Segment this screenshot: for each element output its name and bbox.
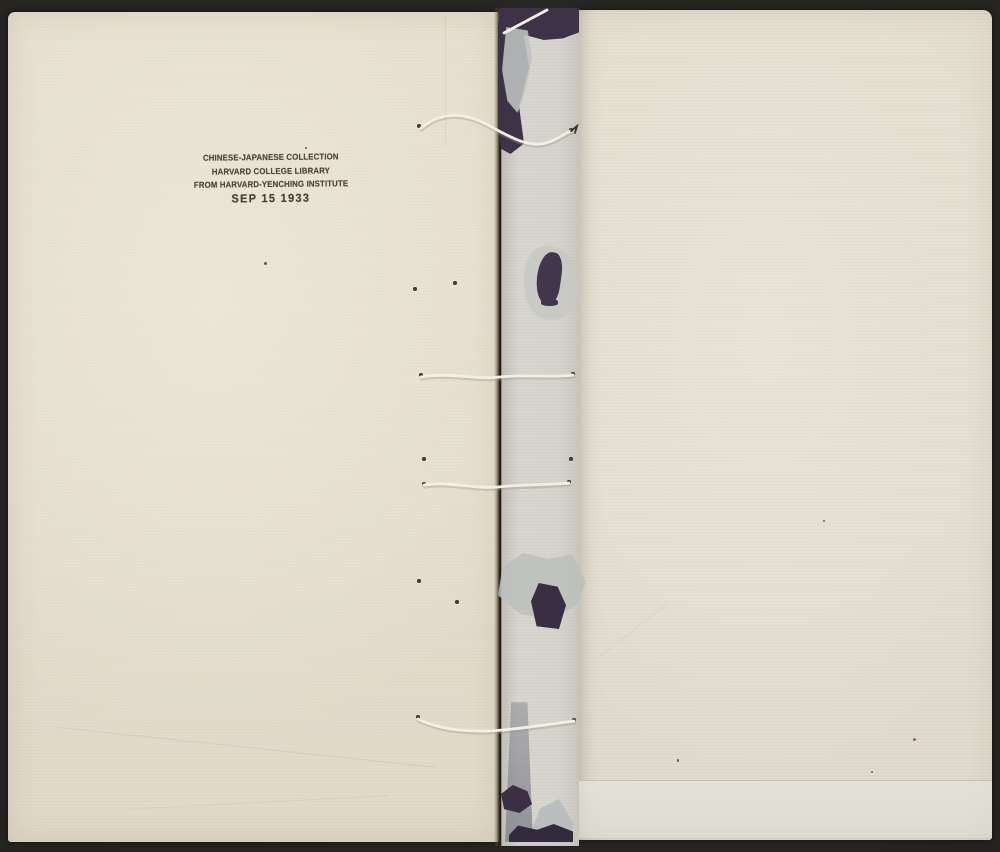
underlying-page-edge <box>578 780 992 838</box>
page-crease <box>59 727 437 768</box>
book-scan-spread: CHINESE-JAPANESE COLLECTION HARVARD COLL… <box>0 0 1000 852</box>
foxing-spot <box>913 738 916 741</box>
paper-speck <box>305 147 307 149</box>
foxing-spot <box>871 771 873 773</box>
stitch-thread-over-cover <box>504 10 547 33</box>
stamp-line-institute: FROM HARVARD-YENCHING INSTITUTE <box>190 177 352 192</box>
page-crease <box>128 795 388 810</box>
paper-speck <box>677 759 679 762</box>
right-page <box>578 10 992 840</box>
library-stamp: CHINESE-JAPANESE COLLECTION HARVARD COLL… <box>183 150 360 205</box>
binding-threads <box>400 0 590 852</box>
page-crease <box>597 602 669 658</box>
stamp-accession-date: SEP 15 1933 <box>187 192 354 206</box>
paper-speck <box>264 262 267 265</box>
paper-speck <box>823 520 825 522</box>
